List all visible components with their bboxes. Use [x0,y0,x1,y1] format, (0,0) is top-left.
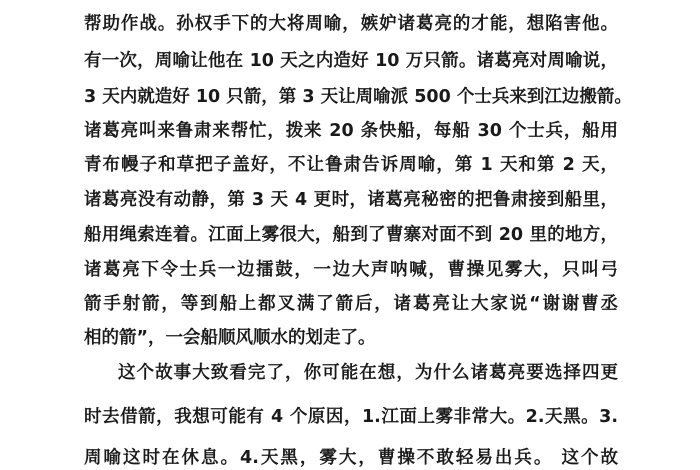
text-line-8: 诸葛亮下令士兵一边擂鼓，一边大声呐喊，曹操见雾大，只叫弓 [84,258,618,282]
text-line-2: 有一次，周喻让他在 10 天之内造好 10 万只箭。诸葛亮对周喻说， [84,49,618,73]
text-line-7: 船用绳索连着。江面上雾很大，船到了曹寨对面不到 20 里的地方， [84,223,618,247]
text-line-5: 青布幔子和草把子盖好，不让鲁肃告诉周喻，第 1 天和第 2 天， [84,153,618,177]
text-line-10-paragraph-end: 相的箭”，一会船顺风顺水的划走了。 [84,326,618,350]
text-line-9: 箭手射箭，等到船上都叉满了箭后，诸葛亮让大家说“谢谢曹丞 [84,292,618,316]
text-line-6: 诸葛亮没有动静，第 3 天 4 更时，诸葛亮秘密的把鲁肃接到船里， [84,188,618,212]
text-line-13: 周喻这时在休息。4.天黑，雾大，曹操不敢轻易出兵。 这个故 [84,446,618,470]
document-page: 帮助作战。孙权手下的大将周喻，嫉妒诸葛亮的才能，想陷害他。 有一次，周喻让他在 … [0,0,700,470]
text-line-4: 诸葛亮叫来鲁肃来帮忙，拨来 20 条快船，每船 30 个士兵，船用 [84,119,618,143]
text-line-3: 3 天内就造好 10 只箭，第 3 天让周喻派 500 个士兵来到江边搬箭。 [84,85,618,109]
text-line-11-paragraph-start: 这个故事大致看完了，你可能在想，为什么诸葛亮要选择四更 [118,361,618,385]
text-line-1: 帮助作战。孙权手下的大将周喻，嫉妒诸葛亮的才能，想陷害他。 [84,12,618,36]
text-line-12: 时去借箭，我想可能有 4 个原因，1.江面上雾非常大。2.天黑。3. [84,405,618,429]
